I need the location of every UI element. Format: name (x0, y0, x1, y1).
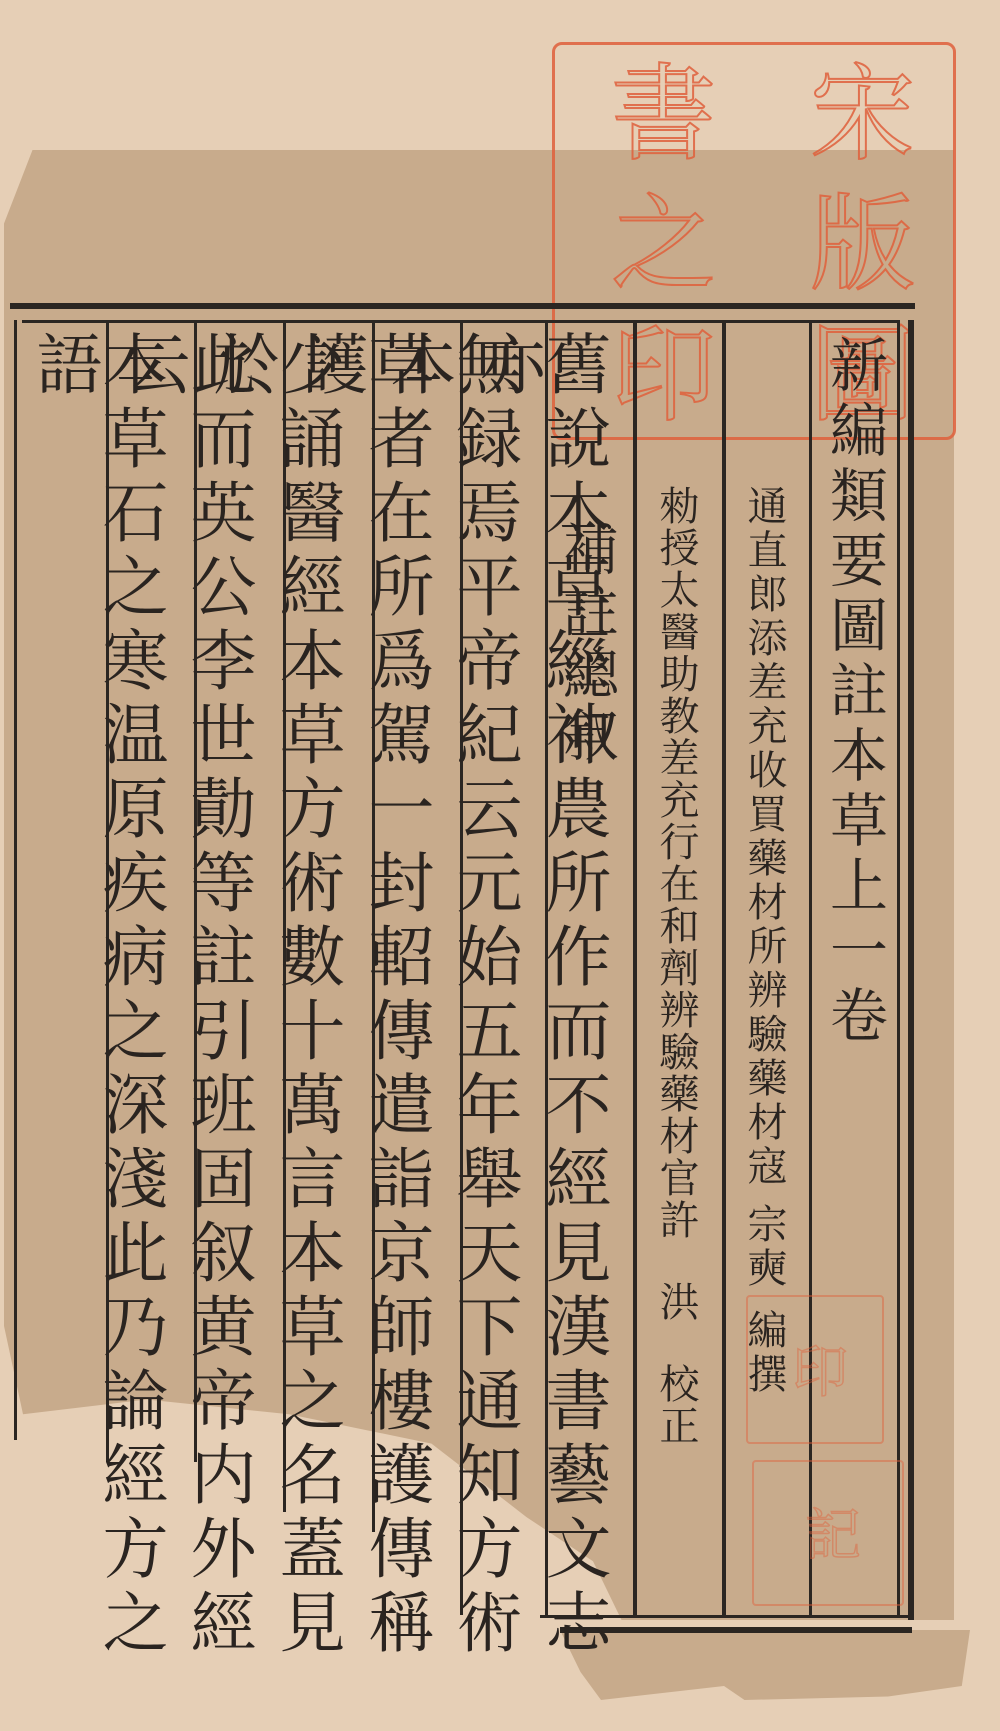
editor-name: 洪 (653, 1281, 699, 1323)
editor-credit: 勑授太醫助教差充行在和劑辨驗藥材官許洪校正 (656, 485, 696, 1447)
column-divider (722, 322, 726, 1615)
column-divider (897, 322, 900, 1615)
column-divider (633, 322, 637, 1615)
body-text-column: 本草石之寒温原疾病之深淺此乃論經方之語 (30, 330, 162, 1731)
frame-top-thick-rule (10, 303, 915, 309)
book-title: 新編類要圖註本草上一卷 (825, 335, 883, 1050)
printed-leaf-bottom-margin (560, 1630, 970, 1700)
seal-character: 印 (787, 1342, 843, 1398)
small-seal-lower: 記 (752, 1460, 904, 1606)
seal-character: 宋 (801, 58, 906, 163)
editor-office: 勑授太醫助教差充行在和劑辨驗藥材官許 (653, 485, 699, 1241)
frame-right-thick-rule (908, 320, 914, 1620)
compiler-office: 通直郎添差充收買藥材所辨驗藥材寇 (741, 485, 787, 1189)
compiler-credit: 通直郎添差充收買藥材所辨驗藥材寇宗奭編撰 (744, 485, 784, 1397)
small-seal-upper: 印 (746, 1295, 884, 1444)
seal-character: 印 (602, 319, 707, 424)
frame-left-rule (14, 320, 17, 1440)
frame-bottom-thick-rule (560, 1627, 912, 1633)
seal-character: 記 (800, 1505, 856, 1561)
seal-character: 書 (602, 58, 707, 163)
seal-character: 之 (602, 188, 707, 293)
large-collector-seal: 宋 版 圖 書 之 印 (552, 42, 956, 440)
editor-role: 校正 (653, 1363, 699, 1447)
seal-character: 版 (801, 188, 906, 293)
compiler-name: 宗奭 (741, 1203, 787, 1291)
